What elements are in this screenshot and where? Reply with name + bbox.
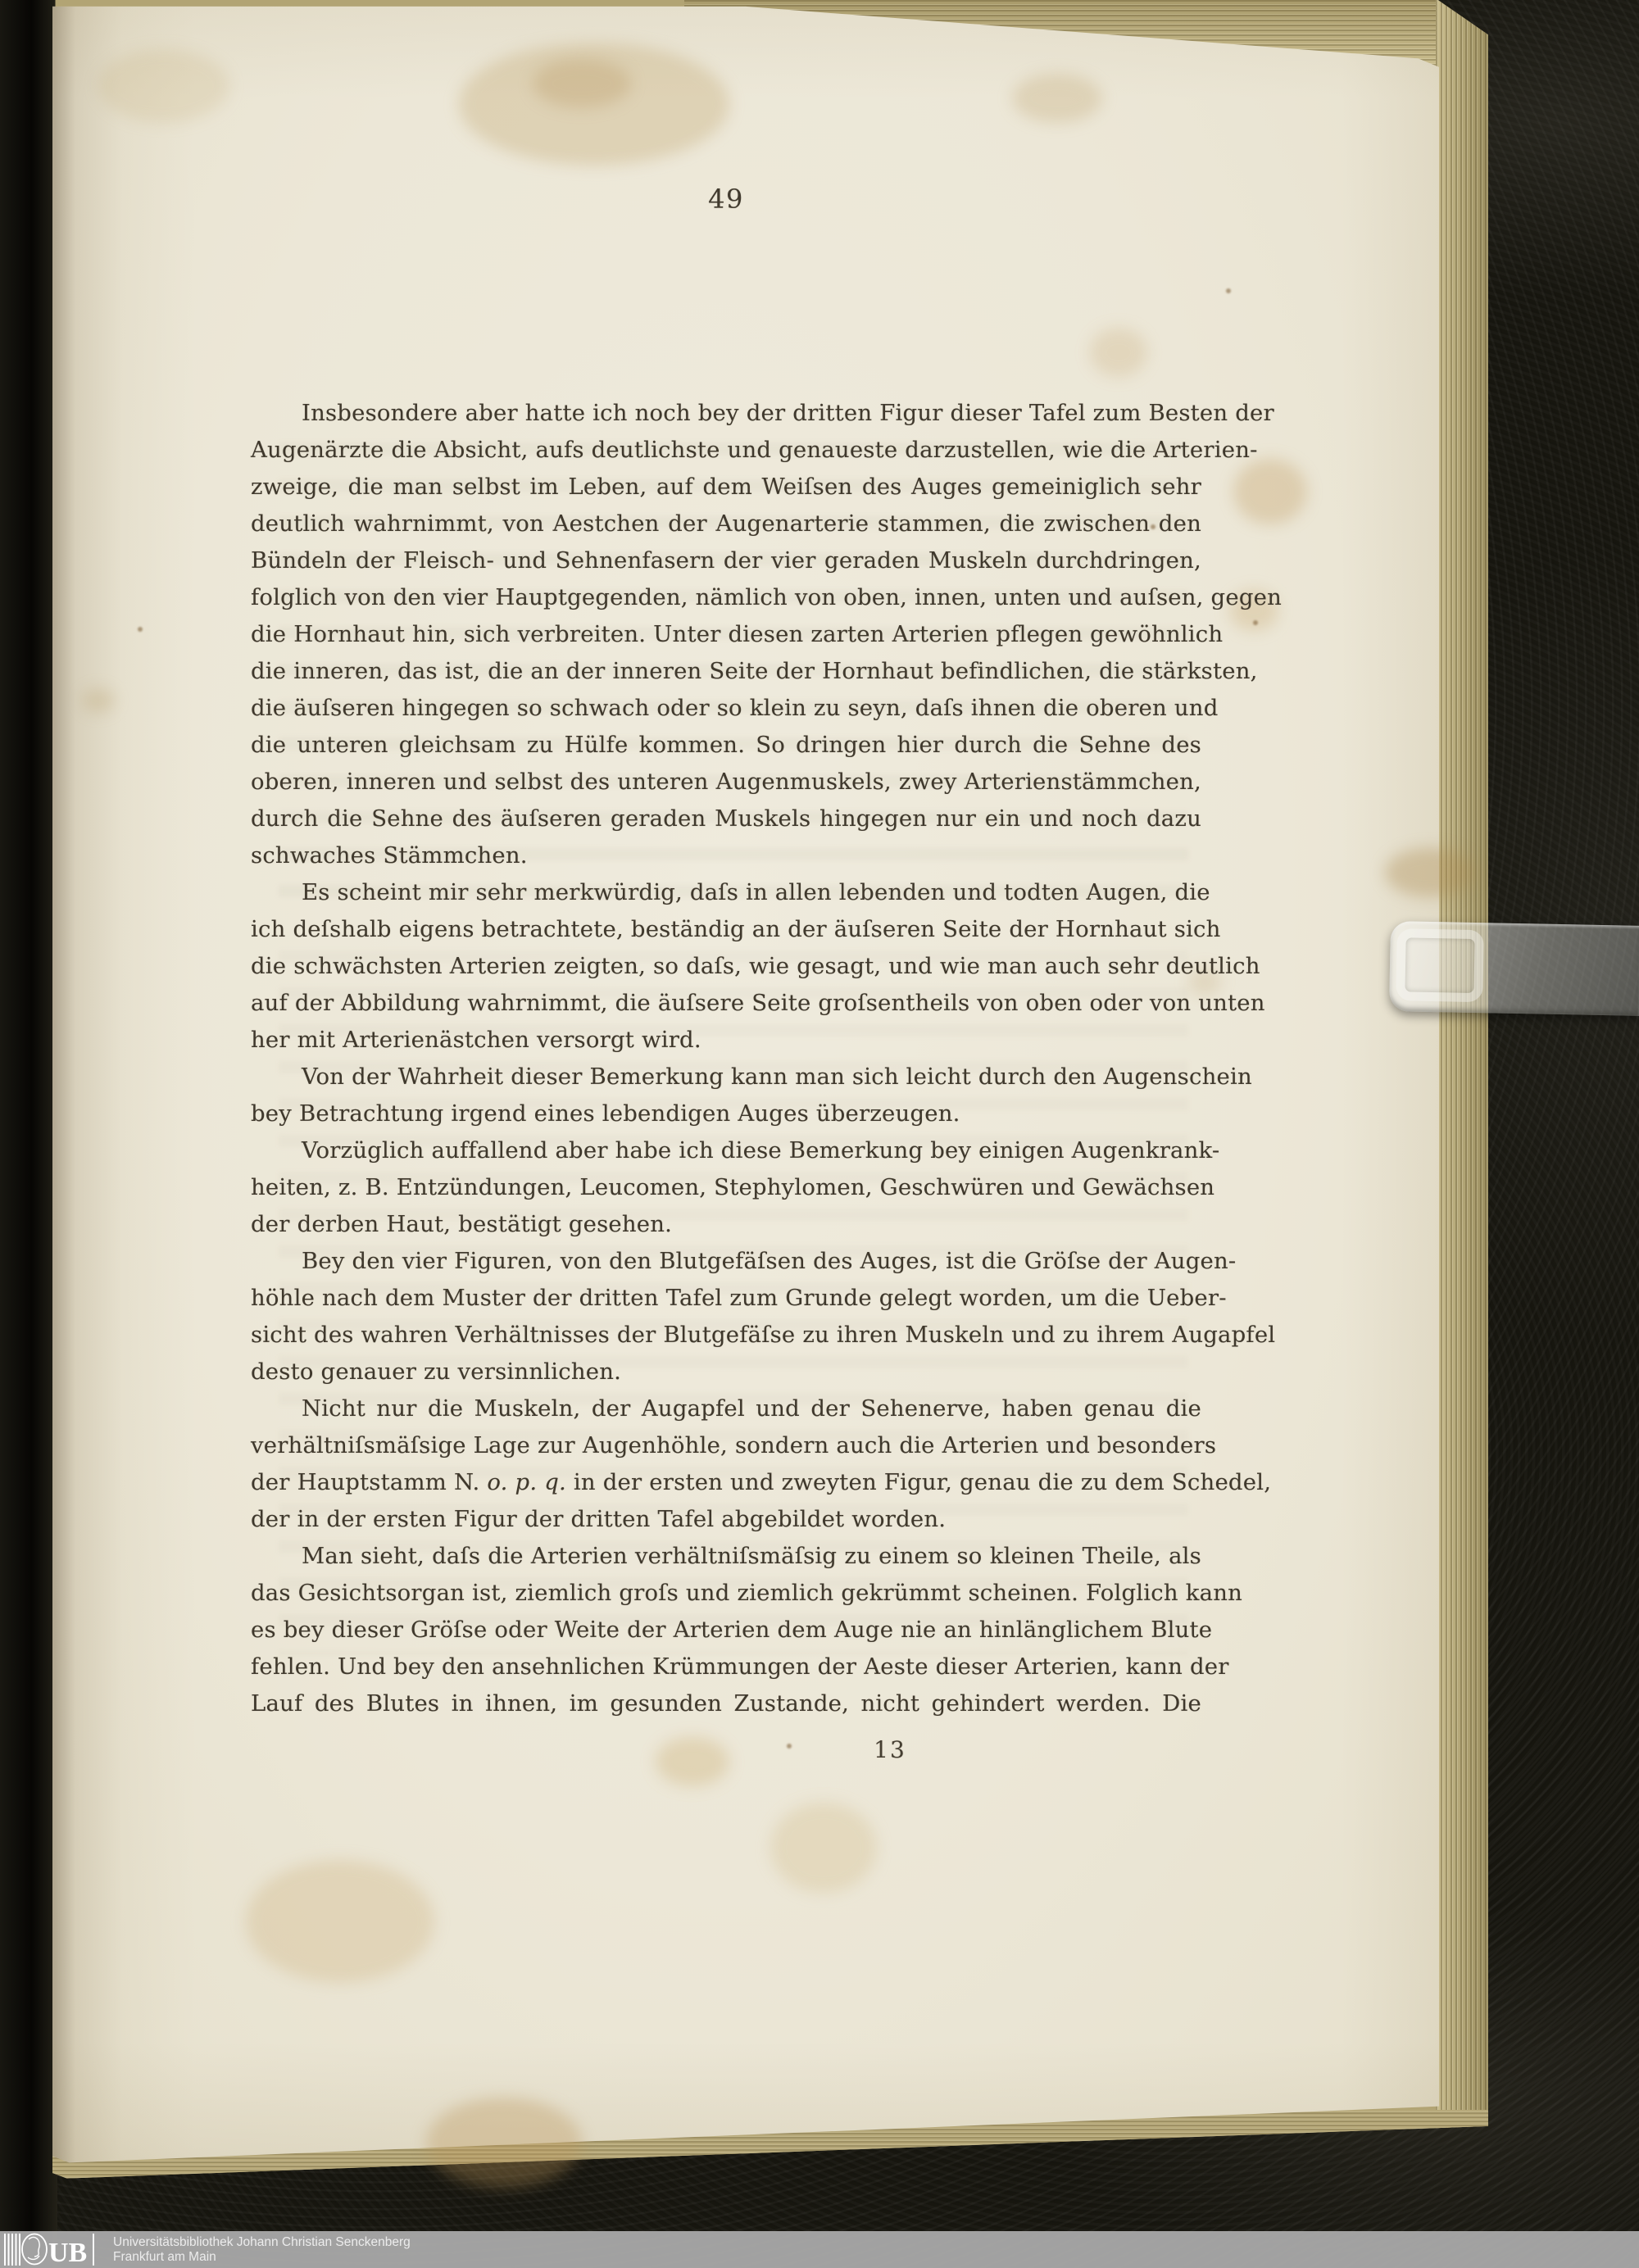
page-number: 49	[251, 184, 1201, 215]
text-line: die äuſseren hingegen so schwach oder so…	[251, 690, 1201, 727]
paragraph: Insbesondere aber hatte ich noch bey der…	[251, 395, 1201, 874]
text-line: sicht des wahren Verhältnisses der Blutg…	[251, 1317, 1201, 1354]
paragraph: Vorzüglich auffallend aber habe ich dies…	[251, 1132, 1201, 1243]
paragraph: Es scheint mir sehr merkwürdig, daſs in …	[251, 874, 1201, 1059]
text-line: ich deſshalb eigens betrachtete, beständ…	[251, 911, 1201, 948]
page-text-block: Insbesondere aber hatte ich noch bey der…	[251, 395, 1201, 1722]
text-line: deutlich wahrnimmt, von Aestchen der Aug…	[251, 506, 1201, 542]
text-line: es bey dieser Gröſse oder Weite der Arte…	[251, 1612, 1201, 1649]
paragraph: Nicht nur die Muskeln, der Augapfel und …	[251, 1390, 1201, 1538]
text-line: die inneren, das ist, die an der inneren…	[251, 653, 1201, 690]
logo-divider	[93, 2234, 94, 2266]
signature-mark: 13	[824, 1735, 956, 1765]
text-line: die Hornhaut hin, sich verbreiten. Unter…	[251, 616, 1201, 653]
paragraph: Von der Wahrheit dieser Bemerkung kann m…	[251, 1059, 1201, 1132]
text-line: das Gesichtsorgan ist, ziemlich groſs un…	[251, 1575, 1201, 1612]
text-line: zweige, die man selbst im Leben, auf dem…	[251, 469, 1201, 506]
text-line: folglich von den vier Hauptgegenden, näm…	[251, 579, 1201, 616]
text-line: verhältniſsmäſsige Lage zur Augenhöhle, …	[251, 1427, 1201, 1464]
text-line: der derben Haut, bestätigt gesehen.	[251, 1206, 1201, 1243]
text-line: desto genauer zu versinnlichen.	[251, 1354, 1201, 1390]
library-name: Universitätsbibliothek Johann Christian …	[113, 2235, 411, 2250]
portrait-icon	[22, 2234, 47, 2265]
text-line: fehlen. Und bey den ansehnlichen Krümmun…	[251, 1649, 1201, 1685]
watermark-bar: UB Universitätsbibliothek Johann Christi…	[0, 2231, 1639, 2268]
text-line: die unteren gleichsam zu Hülfe kommen. S…	[251, 727, 1201, 764]
paragraph: Man sieht, daſs die Arterien verhältniſs…	[251, 1538, 1201, 1722]
ub-library-logo: UB	[2, 2231, 104, 2268]
paragraph: Bey den vier Figuren, von den Blutgefäſs…	[251, 1243, 1201, 1390]
text-line: der in der ersten Figur der dritten Tafe…	[251, 1501, 1201, 1538]
text-line: Nicht nur die Muskeln, der Augapfel und …	[251, 1390, 1201, 1427]
text-line: Es scheint mir sehr merkwürdig, daſs in …	[251, 874, 1201, 911]
text-line: Man sieht, daſs die Arterien verhältniſs…	[251, 1538, 1201, 1575]
text-line: höhle nach dem Muster der dritten Tafel …	[251, 1280, 1201, 1317]
text-line: Lauf des Blutes in ihnen, im gesunden Zu…	[251, 1685, 1201, 1722]
books-icon	[5, 2234, 20, 2266]
library-city: Frankfurt am Main	[113, 2250, 411, 2265]
text-line: auf der Abbildung wahrnimmt, die äuſsere…	[251, 985, 1201, 1022]
text-line: Bündeln der Fleisch- und Sehnenfasern de…	[251, 542, 1201, 579]
text-line: heiten, z. B. Entzündungen, Leucomen, St…	[251, 1169, 1201, 1206]
text-line: Bey den vier Figuren, von den Blutgefäſs…	[251, 1243, 1201, 1280]
page-holder-strip	[1389, 921, 1639, 1016]
page-stack-edge-right	[1436, 0, 1488, 2180]
text-line: Augenärzte die Absicht, aufs deutlichste…	[251, 432, 1201, 469]
ub-logo-text: UB	[48, 2238, 87, 2268]
text-line: Insbesondere aber hatte ich noch bey der…	[251, 395, 1201, 432]
text-line: bey Betrachtung irgend eines lebendigen …	[251, 1095, 1201, 1132]
text-line: her mit Arterienästchen versorgt wird.	[251, 1022, 1201, 1059]
text-line: schwaches Stämmchen.	[251, 837, 1201, 874]
text-line: oberen, inneren und selbst des unteren A…	[251, 764, 1201, 801]
text-line: durch die Sehne des äuſseren geraden Mus…	[251, 801, 1201, 837]
text-line: Von der Wahrheit dieser Bemerkung kann m…	[251, 1059, 1201, 1095]
page-holder-clip	[1396, 928, 1484, 1002]
text-line: der Hauptstamm N. o. p. q. in der ersten…	[251, 1464, 1201, 1501]
text-line: die schwächsten Arterien zeigten, so daſ…	[251, 948, 1201, 985]
text-line: Vorzüglich auffallend aber habe ich dies…	[251, 1132, 1201, 1169]
book-gutter-shadow	[0, 0, 57, 2268]
